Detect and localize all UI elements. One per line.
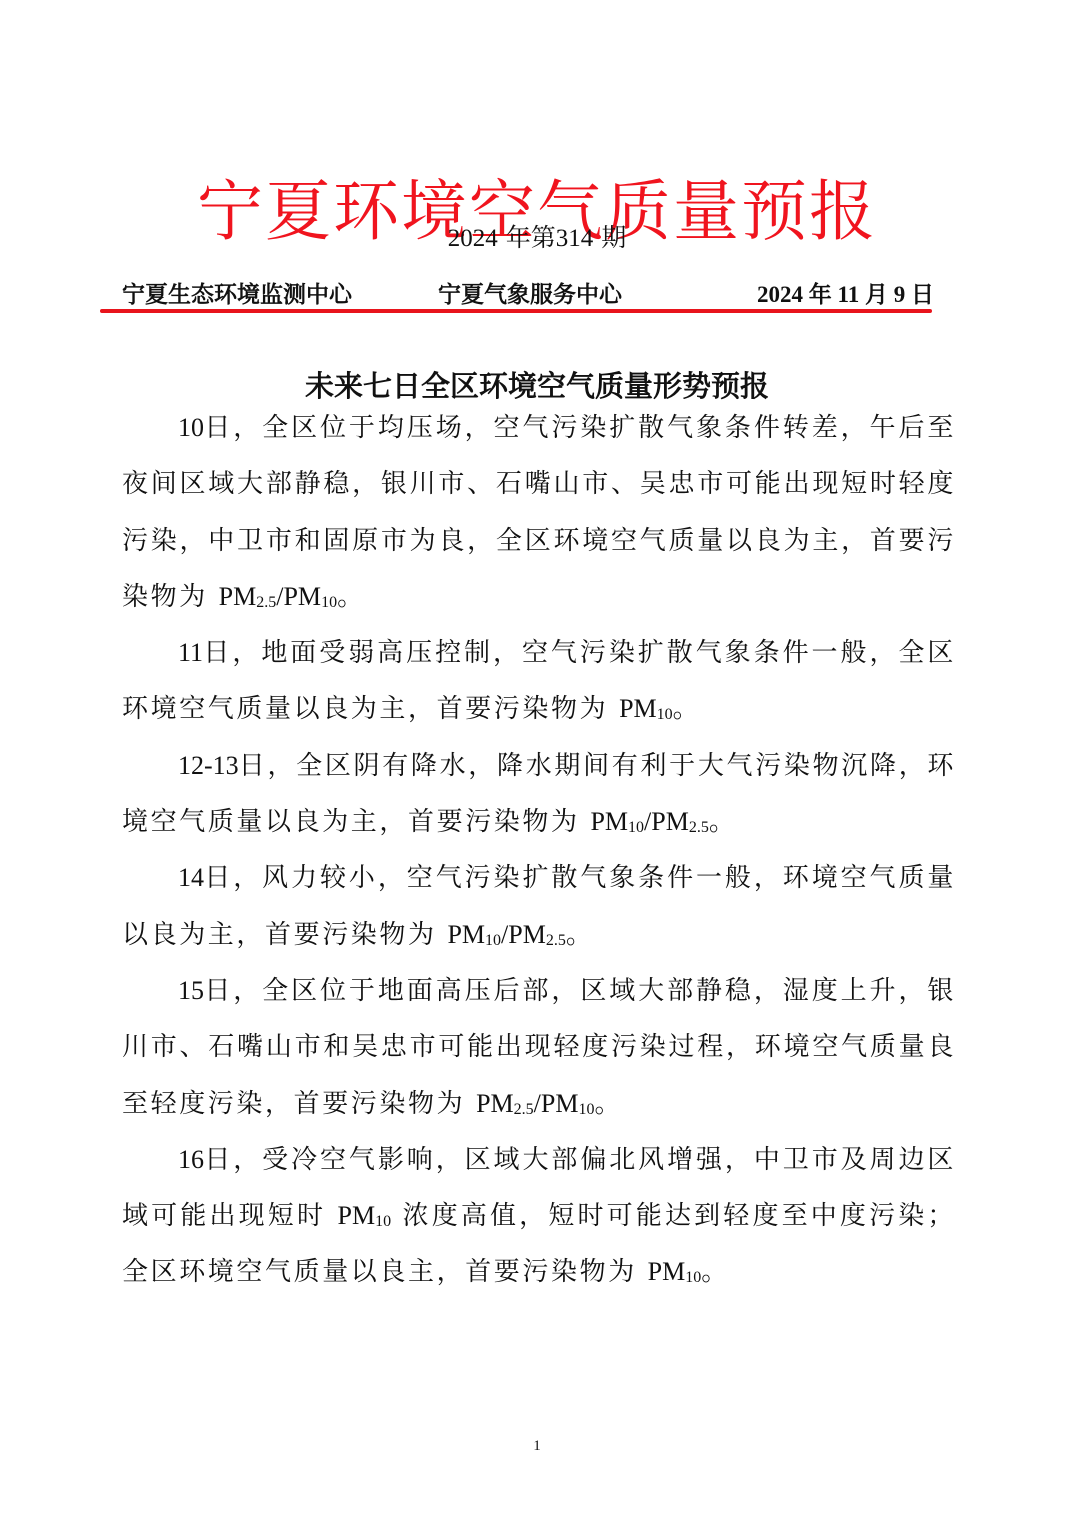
issue-num-unit: 期 bbox=[601, 223, 626, 252]
pollutant-subscript: 2.5 bbox=[689, 819, 709, 836]
issuer-monitoring-center: 宁夏生态环境监测中心 bbox=[122, 278, 352, 312]
paragraph-text: 日，地面受弱高压控制，空气污染扩散气象条件一般，全区环境空气质量以良为主，首要污… bbox=[122, 638, 956, 724]
pollutant: PM bbox=[619, 694, 657, 723]
forecast-paragraph-day-15: 15日，全区位于地面高压后部，区域大部静稳，湿度上升，银川市、石嘴山市和吴忠市可… bbox=[122, 963, 956, 1132]
pollutant-subscript: 10 bbox=[485, 932, 501, 949]
pollutant-subscript: 2.5 bbox=[546, 932, 566, 949]
day-label: 15 bbox=[178, 976, 204, 1005]
pollutant: /PM bbox=[644, 807, 689, 836]
pollutant: /PM bbox=[501, 920, 546, 949]
issuer-meteorological-center: 宁夏气象服务中心 bbox=[438, 278, 622, 312]
forecast-paragraph-day-14: 14日，风力较小，空气污染扩散气象条件一般，环境空气质量以良为主，首要污染物为 … bbox=[122, 850, 956, 963]
paragraph-end: 。 bbox=[709, 807, 738, 837]
pollutant: PM bbox=[219, 582, 257, 611]
red-divider bbox=[100, 309, 932, 313]
issue-year: 2024 bbox=[448, 225, 498, 252]
paragraph-end: 。 bbox=[673, 694, 702, 724]
pollutant-subscript: 10 bbox=[321, 594, 337, 611]
forecast-body: 10日，全区位于均压场，空气污染扩散气象条件转差，午后至夜间区域大部静稳，银川市… bbox=[122, 400, 956, 1301]
forecast-paragraph-day-12-13: 12-13日，全区阴有降水，降水期间有利于大气污染物沉降，环境空气质量以良为主，… bbox=[122, 738, 956, 851]
forecast-paragraph-day-16: 16日，受冷空气影响，区域大部偏北风增强，中卫市及周边区域可能出现短时 PM10… bbox=[122, 1132, 956, 1301]
issue-num: 314 bbox=[556, 225, 594, 252]
pollutant-subscript: 10 bbox=[375, 1213, 391, 1230]
day-label: 16 bbox=[178, 1145, 204, 1174]
paragraph-end: 。 bbox=[701, 1257, 730, 1287]
forecast-paragraph-day-10: 10日，全区位于均压场，空气污染扩散气象条件转差，午后至夜间区域大部静稳，银川市… bbox=[122, 400, 956, 625]
pollutant: PM bbox=[590, 807, 628, 836]
issuer-row: 宁夏生态环境监测中心 宁夏气象服务中心 2024 年 11 月 9 日 bbox=[122, 278, 934, 312]
paragraph-text: 日，全区阴有降水，降水期间有利于大气污染物沉降，环境空气质量以良为主，首要污染物… bbox=[122, 751, 956, 837]
page-number: 1 bbox=[0, 1436, 1074, 1456]
pollutant: PM bbox=[338, 1201, 376, 1230]
pollutant: PM bbox=[648, 1257, 686, 1286]
issue-year-unit: 年第 bbox=[506, 223, 556, 252]
pollutant-subscript: 10 bbox=[657, 706, 673, 723]
paragraph-end: 。 bbox=[566, 920, 595, 950]
forecast-paragraph-day-11: 11日，地面受弱高压控制，空气污染扩散气象条件一般，全区环境空气质量以良为主，首… bbox=[122, 625, 956, 738]
pollutant: PM bbox=[476, 1089, 514, 1118]
paragraph-end: 。 bbox=[594, 1089, 623, 1119]
day-label: 10 bbox=[178, 413, 204, 442]
pollutant-subscript: 10 bbox=[685, 1269, 701, 1286]
pollutant: PM bbox=[447, 920, 485, 949]
paragraph-end: 。 bbox=[337, 582, 366, 612]
day-label: 11 bbox=[178, 638, 203, 667]
pollutant: /PM bbox=[534, 1089, 579, 1118]
day-label: 12-13 bbox=[178, 751, 239, 780]
issue-number: 2024 年第314 期 bbox=[0, 220, 1074, 257]
issue-date: 2024 年 11 月 9 日 bbox=[757, 278, 934, 312]
pollutant-subscript: 10 bbox=[628, 819, 644, 836]
pollutant-subscript: 2.5 bbox=[514, 1101, 534, 1118]
pollutant-subscript: 2.5 bbox=[256, 594, 276, 611]
pollutant-subscript: 10 bbox=[578, 1101, 594, 1118]
day-label: 14 bbox=[178, 863, 204, 892]
pollutant: /PM bbox=[276, 582, 321, 611]
